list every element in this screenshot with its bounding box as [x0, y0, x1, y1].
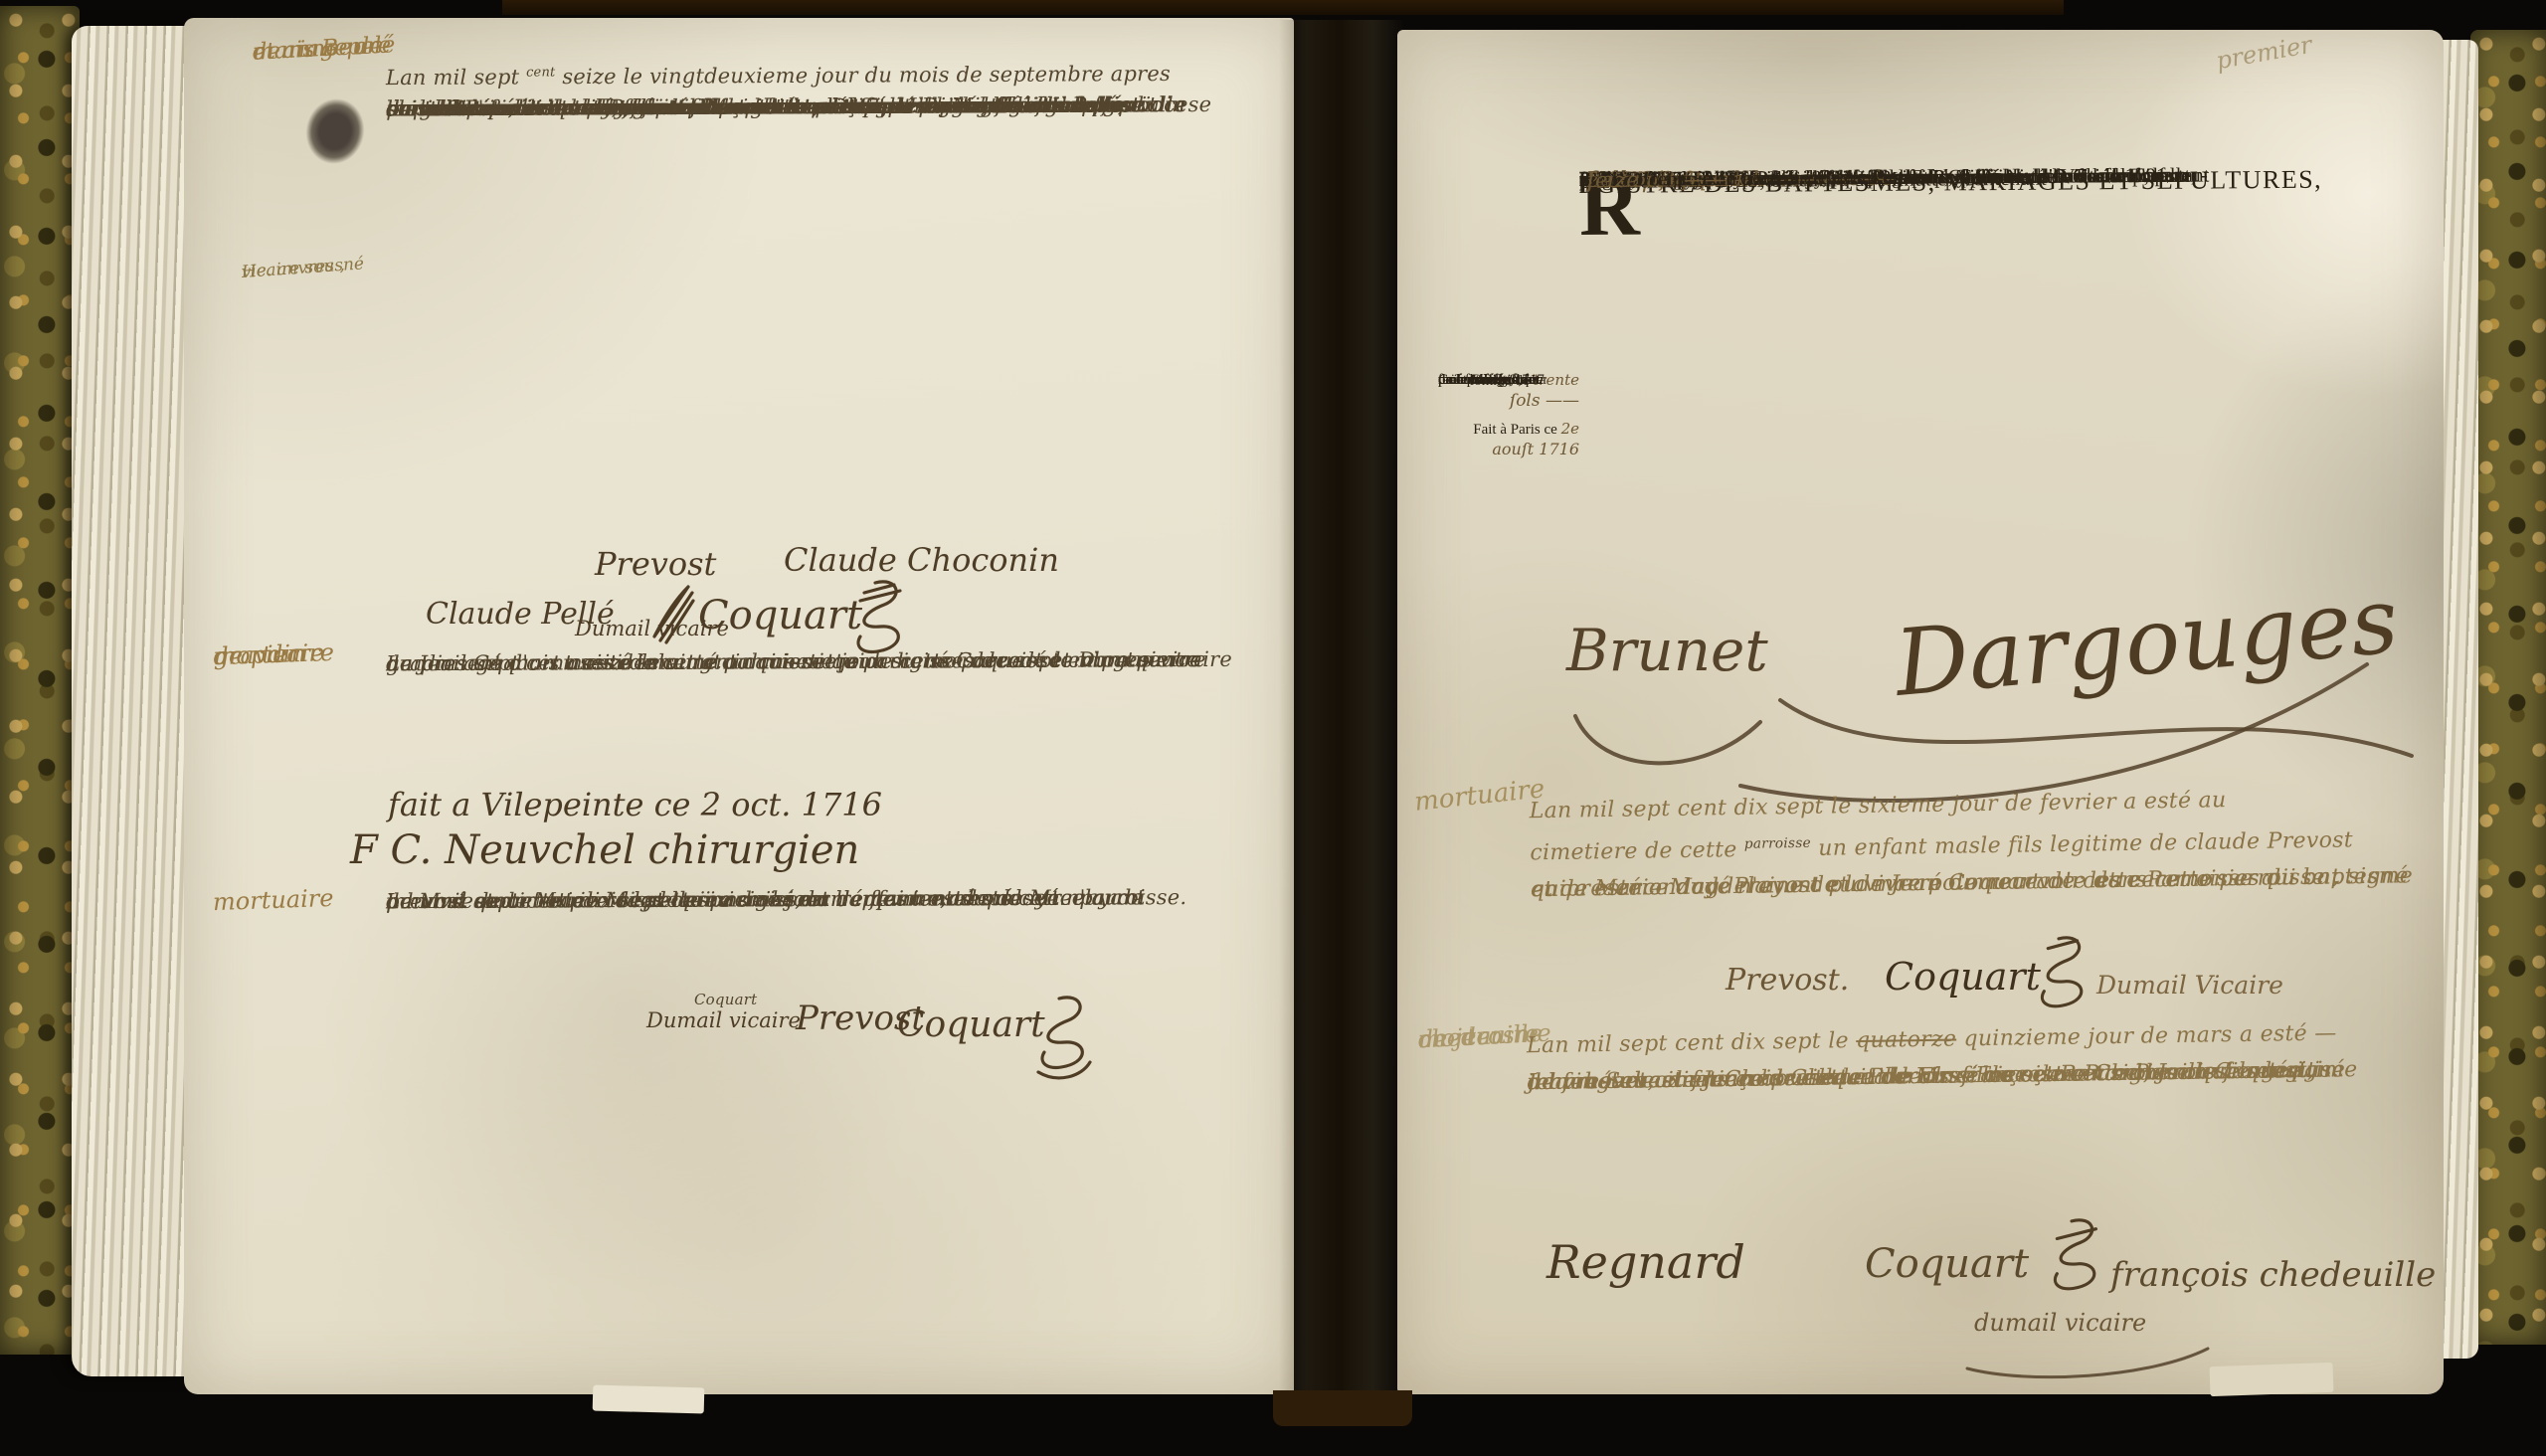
signature-paraph-hatched: [648, 579, 694, 644]
page-corner-bottom-right: [2210, 1363, 2334, 1396]
left-page: [184, 18, 1294, 1394]
marbled-cover-left: [0, 6, 80, 1355]
book-gutter-shadow: [1279, 20, 1404, 1398]
form-margin-fait-line: Fait à Paris ce 2e: [1438, 419, 1579, 440]
signature-paraph-knot-4: [2037, 1215, 2106, 1303]
signature-dumail-vicaire-3: Dumail Vicaire: [2096, 971, 2283, 1000]
signature-prevost-3: Prevost.: [1726, 963, 1849, 998]
page-edge-tab-bottom-left: [593, 1385, 705, 1414]
signature-dumail-vicaire-4: dumail vicaire: [1974, 1309, 2146, 1337]
mortuary-entry-1: Lan mil sept cent dix sept le sixieme jo…: [1529, 779, 2443, 872]
signature-paraph-knot-3: [2024, 933, 2093, 1020]
page-stack-edge-left: [72, 26, 191, 1376]
handwritten-margin-date: aouſt 1716: [1438, 440, 1579, 459]
form-margin-column: Controllé parmoi ſouſſigné, lepreſent Re…: [1438, 370, 1579, 459]
dateline-villepinte: fait a Vilepeinte ce 2 oct. 1716: [388, 786, 882, 823]
dumail-underline-flourish: [1959, 1341, 2218, 1380]
margin-note-mortuary-infant: mortuaire: [213, 885, 334, 917]
photo-of-open-parish-register: mariage dedenis Beuréet anne pelé He. an…: [0, 0, 2546, 1456]
signature-coquart-3: Coquart: [1885, 955, 2041, 999]
book-spine-bottom: [1273, 1390, 1412, 1426]
inserted-word-coquart: Coquart: [694, 991, 757, 1008]
signature-coquart-4: Coquart: [1865, 1241, 2029, 1287]
marbled-cover-right: [2470, 30, 2546, 1345]
printed-form: R EGISTRE DES BAPTESMES, MARIAGES ET SEP…: [1579, 162, 2424, 244]
signature-coquart-1: Coquart: [698, 593, 862, 638]
handwritten-year: ſeize: [1587, 168, 1639, 193]
book-board-top-edge: [502, 0, 2064, 15]
signature-dumail-vicaire-2: Dumail vicaire: [646, 1008, 801, 1032]
marriage-entry: Lan mil sept cent seize le vingtdeuxieme…: [386, 54, 1266, 93]
marriage-entry-line1: Lan mil sept cent seize le vingtdeuxieme…: [386, 54, 1266, 93]
signature-surgeon: F C. Neuvchel chirurgien: [350, 827, 859, 873]
inserted-word-parroisse: parroisse: [1744, 835, 1811, 852]
signature-choconin: Claude Choconin: [784, 541, 1059, 579]
struck-word-quatorze: quatorze: [1856, 1026, 1956, 1053]
inserted-word: cent: [526, 65, 555, 80]
signature-regnard: Regnard: [1546, 1235, 1745, 1289]
handwritten-margin-sols: ſols ——: [1438, 391, 1579, 411]
signature-chedeville: françois chedeuille: [2110, 1255, 2436, 1295]
handwritten-margin-day: 2e: [1561, 420, 1579, 438]
signature-coquart-2: Coquart: [897, 1004, 1045, 1045]
signature-prevost-1: Prevost: [595, 545, 716, 583]
signature-paraph-knot-2: [1024, 993, 1094, 1082]
